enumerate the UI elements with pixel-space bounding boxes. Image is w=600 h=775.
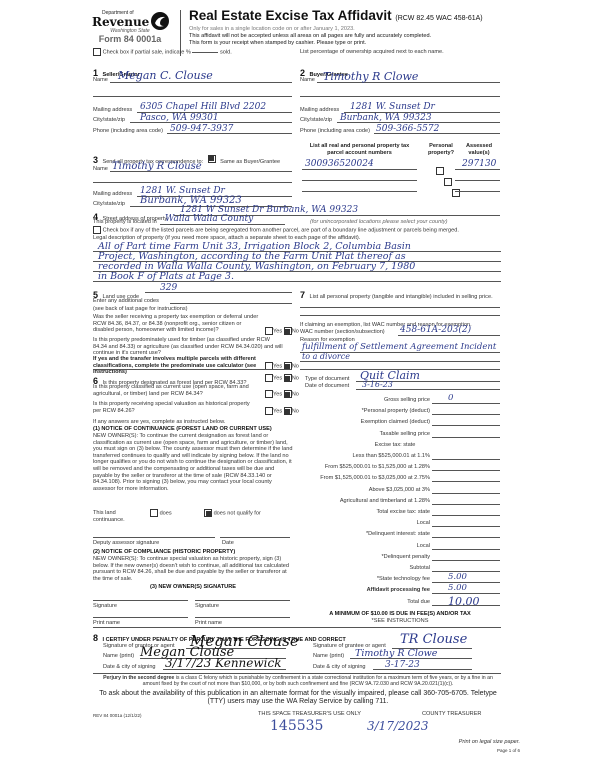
new-owner-print2-label: Print name [195,620,222,627]
grantee-date-field[interactable]: 3-17-23 [385,660,420,670]
tax-row-label: Gross selling price [270,397,430,404]
personal-property-checkbox[interactable] [444,178,452,186]
tax-row-value[interactable]: 0 [448,393,453,403]
alt-format-notice: To ask about the availability of this pu… [93,690,503,705]
county-treasurer-label: COUNTY TREASURER [422,711,481,718]
does-option: does [150,509,172,517]
additional-codes-label: Enter any additional codes [93,298,159,305]
current-use-question: Is this property classified as current u… [93,384,258,397]
doc-type-label: Type of document [305,376,349,383]
seller-mailing-label: Mailing address [93,107,132,114]
tax-row-label: From $1,525,000.01 to $3,025,000 at 2.75… [270,475,430,482]
tax-row-label: Above $3,025,000 at 3% [270,487,430,494]
tax-row-label: Agricultural and timberland at 1.28% [270,498,430,505]
doc-date-label: Date of document [305,383,349,390]
exemption-no-checkbox[interactable] [284,327,292,335]
grantor-date-label: Date & city of signing [103,664,156,671]
seller-name-label: Name [93,77,108,84]
receipt-number: 145535 [270,718,323,734]
grantee-signature[interactable]: TR Clouse [400,632,467,647]
tax-row-label: Affidavit processing fee [270,587,430,594]
additional-codes-note: (see back of last page for instructions) [93,306,188,313]
tax-row-label: Exemption claimed (deduct) [270,419,430,426]
partial-sale-checkbox[interactable] [93,48,101,56]
wac-label: WAC number (section/subsection) [300,329,385,336]
header-note3: This form is your receipt when stamped b… [189,40,366,47]
this-land-label: This land [93,510,116,517]
tax-row-label: Excise tax: state [330,442,460,449]
tax-row-label: Taxable selling price [270,431,430,438]
tax-row-label: *Delinquent interest: state [270,531,430,538]
deputy-date-label: Date [222,540,234,547]
tax-row-value[interactable]: 5.00 [448,583,467,593]
wac-field[interactable]: 458-61A-203(2) [400,325,471,335]
tax-row-label: *State technology fee [270,576,430,583]
new-owner-sig-title: (3) NEW OWNER(S) SIGNATURE [93,584,293,591]
reason-line2[interactable]: to a divorce [302,352,350,361]
seller-mailing-field[interactable]: 6305 Chapel Hill Blvd 2202 [140,102,266,112]
personal-property-checkbox[interactable] [436,167,444,175]
located-label: This property is located in [93,219,157,226]
corr-name-label: Name [93,166,108,173]
partial-sale-row: Check box if partial sale, indicate % so… [93,48,232,56]
doc-date-field[interactable]: 3-16-23 [362,380,393,389]
personal-property-checkbox[interactable] [452,189,460,197]
continuance-label: continuance. [93,517,125,524]
grantee-date-label: Date & city of signing [313,664,366,671]
parcel-col-header: List all real and personal property tax … [302,143,417,157]
forest-yes-checkbox[interactable] [265,374,273,382]
partial-sale-percent-field[interactable] [192,52,218,53]
new-owner-sig2-label: Signature [195,603,219,610]
segregated-checkbox[interactable] [93,226,101,234]
dor-swirl-icon [150,11,170,31]
reason-line1[interactable]: fulfillment of Settlement Agreement Inci… [302,342,496,352]
header-note2: This affidavit will not be accepted unle… [189,33,431,40]
seller-phone-field[interactable]: 509-947-3937 [170,124,233,134]
buyer-city-label: City/state/zip [300,117,332,124]
tax-row-value[interactable]: 5.00 [448,572,467,582]
see-instructions: *SEE INSTRUCTIONS [300,618,500,625]
grantor-date-field[interactable]: 3/17/23 Kennewick [165,656,281,670]
tax-row-label: From $525,000.01 to $1,525,000 at 1.28% [270,464,430,471]
notice1-title: (1) NOTICE OF CONTINUANCE (FOREST LAND O… [93,426,272,433]
minimum-due-note: A MINIMUM OF $10.00 IS DUE IN FEE(S) AND… [300,611,500,618]
segregated-row: Check box if any of the listed parcels a… [93,226,459,234]
personal-col-header: Personal property? [424,143,458,157]
revision-label: REV 84 0001a (12/1/22) [93,712,142,719]
new-owner-print1-label: Print name [93,620,120,627]
tax-row-label: Less than $525,000.01 at 1.1% [270,453,430,460]
seller-phone-label: Phone (including area code) [93,128,163,135]
same-as-buyer-checkbox[interactable] [208,155,216,163]
buyer-name-label: Name [300,77,315,84]
page-number: Page 1 of 6 [450,747,520,754]
tax-row-label: Total due [270,599,430,606]
seller-city-label: City/state/zip [93,117,125,124]
grantor-name-label: Name (print) [103,653,134,660]
new-owner-sig1-label: Signature [93,603,117,610]
treasurer-use-label: THIS SPACE TREASURER'S USE ONLY [258,711,361,718]
seller-name-field[interactable]: Megan C. Clouse [118,69,213,82]
tax-row-value[interactable]: 10.00 [448,595,480,608]
assessed-value-field[interactable]: 297130 [462,159,496,169]
corr-name-field[interactable]: Timothy R Clouse [112,161,202,172]
does-not-checkbox[interactable] [204,509,212,517]
form-title: Real Estate Excise Tax Affidavit (RCW 82… [189,8,483,23]
exemption-yes-checkbox[interactable] [265,327,273,335]
tax-row-label: Local [270,520,430,527]
notice1-body: NEW OWNER(S): To continue the current de… [93,433,293,492]
if-yes-note: If any answers are yes, complete as inst… [93,419,225,426]
legal-paper-note: Print on legal size paper. [450,739,520,746]
notice2-body: NEW OWNER(S): To continue special valuat… [93,556,293,582]
forest-yes-no: Yes No [265,374,299,382]
form-title-ref: (RCW 82.45 WAC 458-61A) [395,15,482,22]
buyer-city-field[interactable]: Burbank, WA 99323 [340,113,432,123]
seller-city-field[interactable]: Pasco, WA 99301 [140,113,219,123]
form-number: Form 84 0001a [92,34,168,45]
grantee-name-label: Name (print) [313,653,344,660]
assessed-col-header: Assessed value(s) [458,143,500,157]
tax-row-label: Local [270,543,430,550]
personal-property-row: 7 List all personal property (tangible a… [300,285,500,303]
corr-mailing-label: Mailing address [93,191,132,198]
land-use-code-field[interactable]: 329 [160,283,177,293]
grantee-name-field[interactable]: Timothy R Clowe [355,648,437,659]
buyer-mailing-field[interactable]: 1281 W. Sunset Dr [350,102,435,112]
deputy-sig-label: Deputy assessor signature [93,540,159,547]
does-not-option: does not qualify for [204,509,261,517]
perjury-notice: Perjury in the second degree is a class … [96,675,500,687]
county-field[interactable]: Walla Walla County [165,214,253,224]
buyer-name-field[interactable]: Timothy R Clowe [323,70,418,83]
buyer-phone-label: Phone (including area code) [300,128,370,135]
tax-row-label: Total excise tax: state [270,509,430,516]
header-note1: Only for sales in a single location code… [189,26,355,33]
buyer-mailing-label: Mailing address [300,107,339,114]
exemption-question: Was the seller receiving a property tax … [93,314,263,334]
ownership-note: List percentage of ownership acquired ne… [300,49,444,56]
exemption-yes-no: Yes No [265,327,299,335]
tax-row-label: *Delinquent penalty [270,554,430,561]
tax-row-label: Subtotal [270,565,430,572]
receipt-date: 3/17/2023 [367,719,429,733]
tax-row-label: *Personal property (deduct) [270,408,430,415]
unincorporated-note: (for unincorporated locations please sel… [310,219,447,226]
does-checkbox[interactable] [150,509,158,517]
buyer-phone-field[interactable]: 509-366-5572 [376,124,439,134]
timber-question: Is this property predominately used for … [93,337,283,357]
notice2-title: (2) NOTICE OF COMPLIANCE (HISTORIC PROPE… [93,549,235,556]
forest-no-checkbox[interactable] [284,374,292,382]
historic-question: Is this property receiving special valua… [93,401,258,414]
parcel-number-field[interactable]: 300936520024 [305,159,374,169]
